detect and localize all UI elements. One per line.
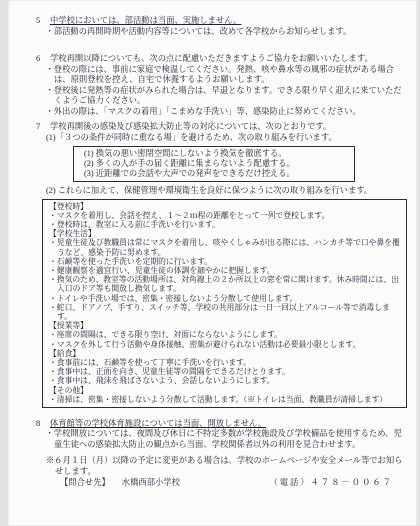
box-item: ・食事前には、石鹸等を使って丁寧に手洗いを行います。 [49, 358, 400, 367]
box-group-label: 【授業等】 [49, 321, 400, 330]
school-name: 水橋西部小学校 [122, 478, 180, 489]
section-5-title: 中学校においては、部活動は当面、実施しません。 [50, 16, 241, 27]
section-number: 6 [36, 54, 50, 65]
box-item: ・マスクを外して行う活動や身体接触、密集が避けられない活動は必要最小限とします。 [49, 340, 400, 349]
box-item: ・換気のため、教室等の活動場所は、対角線上の２か所以上の窓を常に開けます。休み時… [49, 275, 400, 293]
box-item: ・清掃は、密集・密接しないよう分散して活動します。（※トイレは当面、教職員が清掃… [49, 395, 400, 404]
section-number: 8 [36, 419, 50, 430]
box-group-label: 【給食】 [49, 349, 400, 358]
box-item: ・児童生徒及び教職員は常にマスクを着用し、咳やくしゃみが出る際には、ハンカチ等で… [49, 238, 400, 256]
box-item: (1) 換気の悪い密閉空間にしないよう換気を徹底する。 [84, 149, 346, 159]
box-item: ・健康観察を適宜行い、児童生徒の体調を細やかに把握します。 [49, 266, 400, 275]
schedule-change-note: ※６月１日（月）以降の予定に変更がある場合は、学校のホームページや安全メール等で… [36, 456, 407, 477]
bullet-item: ・登校後に発熱等の症状がみられた場合は、早退となります。できる限り早く迎えに来て… [36, 86, 407, 107]
box-item: (2) 多くの人が手の届く距離に集まらないよう配慮する。 [84, 159, 346, 169]
section-7: 7 学校再開後の感染及び感染拡大防止等の対応については、次のとおりです。 (1)… [36, 122, 407, 408]
box-item: ・マスクを着用し、会話を控え、１～２ｍ程の距離をとって一列で登校します。 [49, 211, 400, 220]
section-6-title: 学校再開以降についても、次の点に配慮いただきますようご協力をお願いいたします。 [50, 54, 373, 65]
box-group-label: 【その他】 [49, 386, 400, 395]
box-item: ・登校時は、教室に入る前に手洗いを行います。 [49, 220, 400, 229]
subsection-2: (2) これらに加えて、保健管理や環境衛生を良好に保つように次の取り組みを行いま… [36, 186, 407, 197]
box-item: (3) 近距離での会話や大声での発声をできるだけ控える。 [84, 169, 346, 179]
section-7-title: 学校再開後の感染及び感染拡大防止等の対応については、次のとおりです。 [50, 122, 331, 133]
bullet-item: ・登校の際には、事前に家庭で検温してください。発熱、咳や鼻水等の風邪の症状がある… [36, 65, 407, 86]
document-page: 5 中学校においては、部活動は当面、実施しません。 ・部活動の再開時期や活動内容… [7, 0, 417, 526]
measures-box: 【登校時】 ・マスクを着用し、会話を控え、１～２ｍ程の距離をとって一列で登校しま… [42, 199, 407, 408]
section-6: 6 学校再開以降についても、次の点に配慮いただきますようご協力をお願いいたします… [36, 54, 407, 117]
box-item: ・石鹸等を使った手洗いを定期的に行います。 [49, 257, 400, 266]
box-group-label: 【学校生活】 [49, 229, 400, 238]
contact-line: 【問合せ先】 水橋西部小学校 （電話）４７８－００６７ [36, 478, 407, 489]
phone-number: （電話）４７８－００６７ [269, 478, 393, 489]
box-item: ・食事中は、飛沫を飛ばさないよう、会話しないようにします。 [49, 376, 400, 385]
box-item: ・座席の間隔は、できる限り空け、対面にならないようにします。 [49, 330, 400, 339]
box-item: ・蛇口、ドアノブ、手すり、スイッチ等、学校の共用部分は一日一回以上アルコール等で… [49, 303, 400, 321]
box-item: ・食事中は、正面を向き、児童生徒等の間隔をできるだけとります。 [49, 367, 400, 376]
section-8: 8 体育館等の学校体育施設については当面、開放しません。 ・学校開放については、… [36, 419, 407, 451]
contact-label: 【問合せ先】 [60, 478, 110, 489]
bullet-item: ・学校開放については、夜間及び休日に不特定多数が学校施設及び学校備品を使用するた… [36, 429, 407, 450]
section-number: 7 [36, 122, 50, 133]
section-5: 5 中学校においては、部活動は当面、実施しません。 ・部活動の再開時期や活動内容… [36, 16, 407, 37]
box-item: ・トイレや手洗い場では、密集・密接しないよう分散して使用します。 [49, 294, 400, 303]
bullet-item: ・外出の際は、「マスクの着用」「こまめな手洗い」等、感染防止に努めてください。 [36, 107, 407, 118]
box-group-label: 【登校時】 [49, 202, 400, 211]
three-conditions-box: (1) 換気の悪い密閉空間にしないよう換気を徹底する。 (2) 多くの人が手の届… [73, 146, 355, 182]
section-8-title: 体育館等の学校体育施設については当面、開放しません。 [50, 419, 266, 430]
section-number: 5 [36, 16, 50, 27]
bullet-item: ・部活動の再開時期や活動内容等については、改めて各学校からお知らせします。 [36, 27, 407, 38]
subsection-1: (1)「３つの条件が同時に重なる場」を避けるため、次の取り組みを行います。 [36, 133, 407, 144]
